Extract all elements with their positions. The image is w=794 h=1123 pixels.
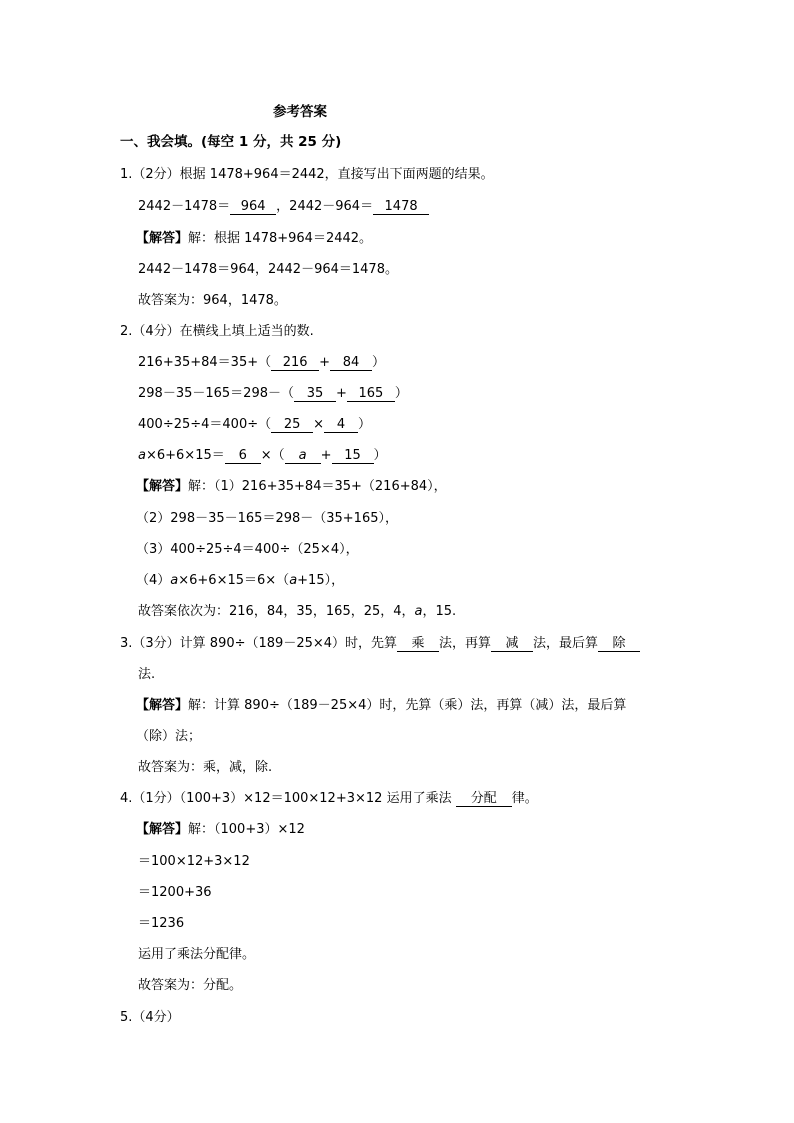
operator: + <box>319 355 330 370</box>
question-1-answer: 【解答】解：根据 1478+964＝2442。 <box>136 231 372 247</box>
question-2-row-4: a×6+6×15＝6×（a+15） <box>138 448 387 464</box>
answer-tag: 【解答】 <box>136 698 188 713</box>
answer-blank: 6 <box>225 449 261 464</box>
answer-step: ＝100×12+3×12 <box>138 854 250 870</box>
question-text: 法，最后算 <box>533 636 598 651</box>
final-answer: 故答案为：964，1478。 <box>138 293 287 309</box>
expr-text: 216+35+84＝35+（ <box>138 355 271 370</box>
answer-conclusion: 运用了乘法分配律。 <box>138 947 255 963</box>
expr-text: ×（ <box>261 448 285 463</box>
final-answer: 故答案为：乘，减，除. <box>138 760 272 776</box>
operator: + <box>336 386 347 401</box>
answer-blank: 25 <box>271 418 313 433</box>
question-1-stem: 1.（2分）根据 1478+964＝2442，直接写出下面两题的结果。 <box>120 167 494 183</box>
answer-text: ×6+6×15＝6×（ <box>178 573 289 588</box>
answer-blank: 4 <box>324 418 358 433</box>
operator: × <box>313 417 324 432</box>
answer-text: 解：（100+3）×12 <box>188 822 305 837</box>
question-3-answer: 【解答】解：计算 890÷（189－25×4）时，先算（乘）法，再算（减）法，最… <box>136 698 626 714</box>
question-2-row-3: 400÷25÷4＝400÷（25×4） <box>138 417 371 433</box>
answer-blank: 165 <box>347 387 395 402</box>
expr-text: 2442－1478＝ <box>138 199 230 214</box>
answer-line: （3）400÷25÷4＝400÷（25×4）， <box>136 542 359 558</box>
question-2-row-1: 216+35+84＝35+（216+84） <box>138 355 385 371</box>
section-heading: 一、我会填。(每空 1 分，共 25 分) <box>120 134 341 150</box>
expr-text: ） <box>358 417 371 432</box>
question-2-answer: 【解答】解：（1）216+35+84＝35+（216+84）， <box>136 479 447 495</box>
question-text: 4.（1分）（100+3）×12＝100×12+3×12 运用了乘法 <box>120 791 456 806</box>
question-4-stem: 4.（1分）（100+3）×12＝100×12+3×12 运用了乘法 分配律。 <box>120 791 538 807</box>
answer-blank: 乘 <box>397 637 439 652</box>
answer-blank: a <box>285 449 321 464</box>
answer-blank: 35 <box>294 387 336 402</box>
question-2-row-2: 298－35－165＝298－（35+165） <box>138 386 408 402</box>
answer-blank: 15 <box>332 449 374 464</box>
answer-tag: 【解答】 <box>136 822 188 837</box>
question-text: 法，再算 <box>439 636 491 651</box>
answer-text: ，15. <box>423 604 457 619</box>
answer-line: （除）法； <box>136 729 201 745</box>
answer-step: ＝1200+36 <box>138 885 212 901</box>
answer-step: ＝1236 <box>138 916 184 932</box>
question-3-stem-cont: 法. <box>138 667 155 683</box>
expr-text: ，2442－964＝ <box>276 199 373 214</box>
question-text: 律。 <box>512 791 538 806</box>
expr-text: ×6+6×15＝ <box>146 448 225 463</box>
answer-text: （4） <box>136 573 170 588</box>
final-answer: 故答案依次为：216，84，35，165，25，4，a，15. <box>138 604 456 620</box>
answer-tag: 【解答】 <box>136 479 188 494</box>
expr-text: ） <box>395 386 408 401</box>
variable: a <box>289 573 297 588</box>
answer-blank: 1478 <box>373 200 429 215</box>
answer-tag: 【解答】 <box>136 231 188 246</box>
answer-text: 解：（1）216+35+84＝35+（216+84）， <box>188 479 447 494</box>
answer-line: 2442－1478＝964，2442－964＝1478。 <box>138 262 398 278</box>
expr-text: ） <box>374 448 387 463</box>
operator: + <box>321 448 332 463</box>
answer-line: （2）298－35－165＝298－（35+165）， <box>136 511 398 527</box>
answer-blank: 减 <box>491 637 533 652</box>
question-2-stem: 2.（4分）在横线上填上适当的数. <box>120 324 314 340</box>
answer-text: 解：根据 1478+964＝2442。 <box>188 231 372 246</box>
answer-blank: 除 <box>598 637 640 652</box>
final-answer: 故答案为：分配。 <box>138 978 242 994</box>
question-5-stem: 5.（4分） <box>120 1010 180 1026</box>
expr-text: 400÷25÷4＝400÷（ <box>138 417 271 432</box>
question-3-stem: 3.（3分）计算 890÷（189－25×4）时，先算乘法，再算减法，最后算除 <box>120 636 640 652</box>
question-1-line: 2442－1478＝964，2442－964＝1478 <box>138 199 429 215</box>
answer-text: 故答案依次为：216，84，35，165，25，4， <box>138 604 415 619</box>
answer-blank: 964 <box>230 200 276 215</box>
question-4-answer: 【解答】解：（100+3）×12 <box>136 822 305 838</box>
answer-blank: 分配 <box>456 792 512 807</box>
variable: a <box>415 604 423 619</box>
answer-blank: 84 <box>330 356 372 371</box>
variable: a <box>138 448 146 463</box>
answer-text: 解：计算 890÷（189－25×4）时，先算（乘）法，再算（减）法，最后算 <box>188 698 626 713</box>
expr-text: 298－35－165＝298－（ <box>138 386 294 401</box>
page-title: 参考答案 <box>273 104 327 120</box>
expr-text: ） <box>372 355 385 370</box>
question-text: 3.（3分）计算 890÷（189－25×4）时，先算 <box>120 636 397 651</box>
answer-blank: 216 <box>271 356 319 371</box>
answer-text: +15）， <box>297 573 344 588</box>
answer-line: （4）a×6+6×15＝6×（a+15）， <box>136 573 344 589</box>
